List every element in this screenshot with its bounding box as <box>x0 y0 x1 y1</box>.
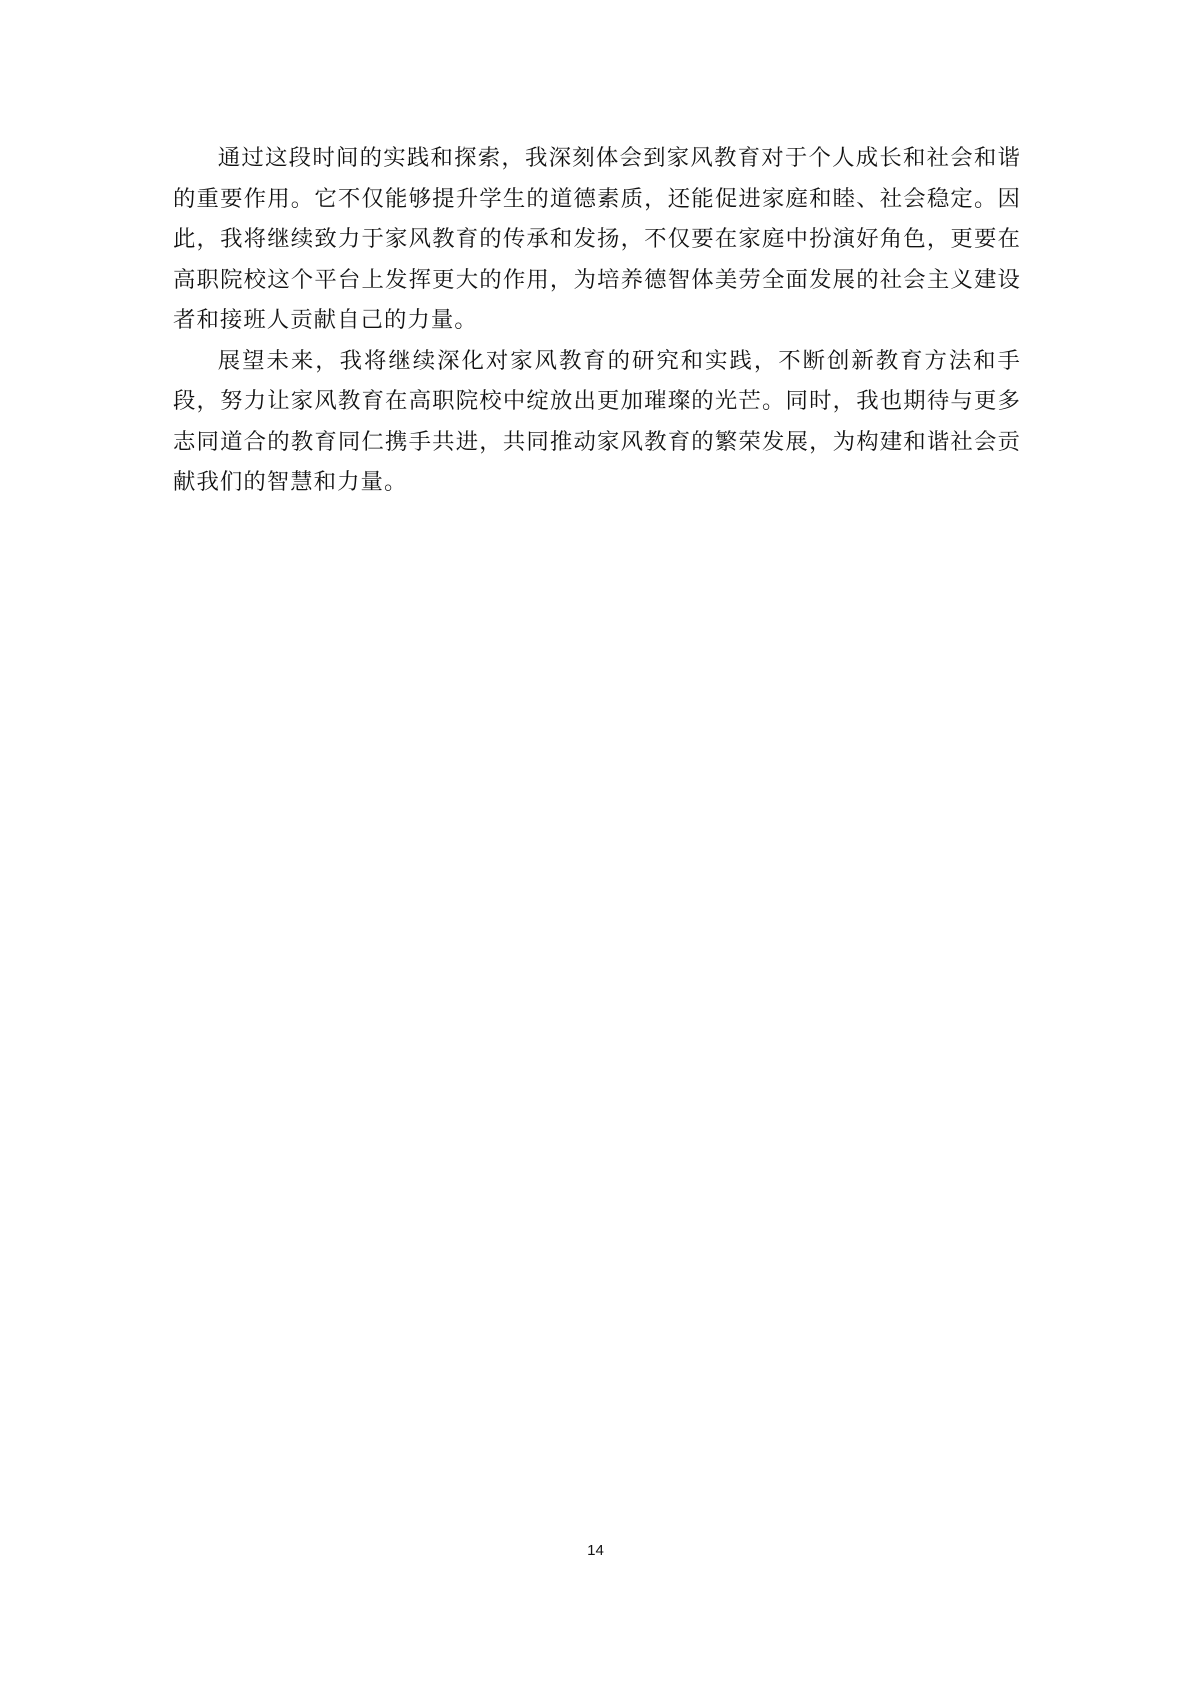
document-page: 通过这段时间的实践和探索，我深刻体会到家风教育对于个人成长和社会和谐的重要作用。… <box>0 0 1191 1684</box>
page-number: 14 <box>0 1542 1191 1559</box>
body-text: 通过这段时间的实践和探索，我深刻体会到家风教育对于个人成长和社会和谐的重要作用。… <box>173 138 1021 503</box>
paragraph-outlook: 展望未来，我将继续深化对家风教育的研究和实践，不断创新教育方法和手段，努力让家风… <box>173 341 1021 503</box>
paragraph-reflection: 通过这段时间的实践和探索，我深刻体会到家风教育对于个人成长和社会和谐的重要作用。… <box>173 138 1021 341</box>
